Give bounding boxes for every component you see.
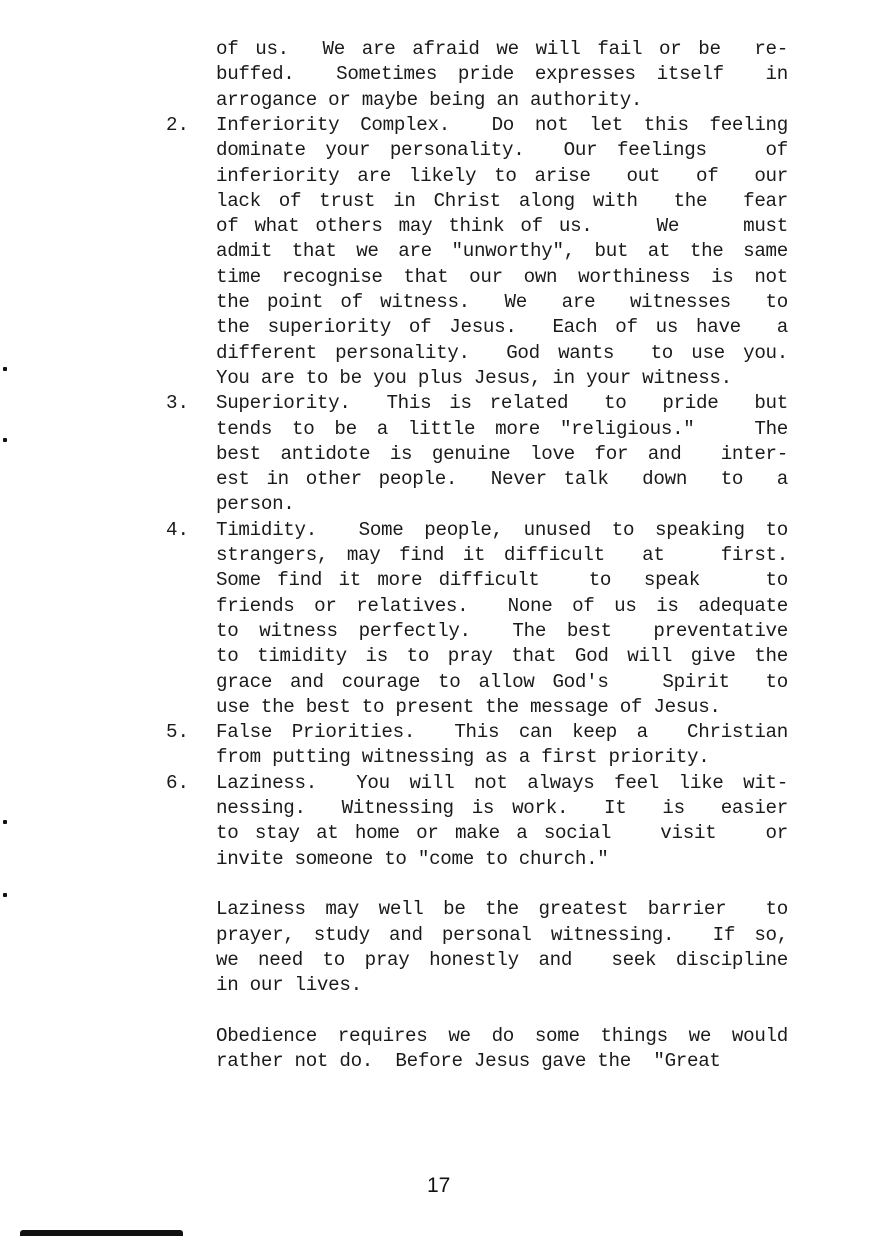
text-line: the point of witness. We are witnesses t…: [216, 290, 788, 315]
text-line: Timidity. Some people, unused to speakin…: [216, 518, 788, 543]
text-line: Some find it more difficult to speak to: [216, 568, 788, 593]
text-line: You are to be you plus Jesus, in your wi…: [216, 366, 788, 391]
text-line: of what others may think of us. We must: [216, 214, 788, 239]
text-line: False Priorities. This can keep a Christ…: [216, 720, 788, 745]
text-line: admit that we are "unworthy", but at the…: [216, 239, 788, 264]
text-line: person.: [216, 492, 788, 517]
page-number: 17: [427, 1174, 450, 1198]
text-line: time recognise that our own worthiness i…: [216, 265, 788, 290]
margin-mark: [3, 438, 7, 442]
text-line: to timidity is to pray that God will giv…: [216, 644, 788, 669]
text-line: we need to pray honestly and seek discip…: [216, 948, 788, 973]
margin-mark: [3, 367, 7, 371]
list-item-number: 3.: [166, 391, 189, 416]
list-item-number: 4.: [166, 518, 189, 543]
text-line: Superiority. This is related to pride bu…: [216, 391, 788, 416]
text-line: grace and courage to allow God's Spirit …: [216, 670, 788, 695]
text-line: Obedience requires we do some things we …: [216, 1024, 788, 1049]
text-line: inferiority are likely to arise out of o…: [216, 164, 788, 189]
list-item-number: 5.: [166, 720, 189, 745]
text-line: est in other people. Never talk down to …: [216, 467, 788, 492]
scan-edge-bar: [20, 1230, 183, 1236]
text-line: to stay at home or make a social visit o…: [216, 821, 788, 846]
text-line: Laziness may well be the greatest barrie…: [216, 897, 788, 922]
text-line: tends to be a little more "religious." T…: [216, 417, 788, 442]
text-line: the superiority of Jesus. Each of us hav…: [216, 315, 788, 340]
text-line: Laziness. You will not always feel like …: [216, 771, 788, 796]
text-line: dominate your personality. Our feelings …: [216, 138, 788, 163]
text-line: to witness perfectly. The best preventat…: [216, 619, 788, 644]
text-line: lack of trust in Christ along with the f…: [216, 189, 788, 214]
text-line: best antidote is genuine love for and in…: [216, 442, 788, 467]
text-line: friends or relatives. None of us is adeq…: [216, 594, 788, 619]
text-line: invite someone to "come to church.": [216, 847, 788, 872]
text-line: arrogance or maybe being an authority.: [216, 88, 788, 113]
list-item-number: 6.: [166, 771, 189, 796]
list-item-number: 2.: [166, 113, 189, 138]
text-line: buffed. Sometimes pride expresses itself…: [216, 62, 788, 87]
text-line: prayer, study and personal witnessing. I…: [216, 923, 788, 948]
text-line: rather not do. Before Jesus gave the "Gr…: [216, 1049, 788, 1074]
text-line: Inferiority Complex. Do not let this fee…: [216, 113, 788, 138]
text-line: use the best to present the message of J…: [216, 695, 788, 720]
text-line: strangers, may find it difficult at firs…: [216, 543, 788, 568]
margin-mark: [3, 893, 7, 897]
text-line: nessing. Witnessing is work. It is easie…: [216, 796, 788, 821]
text-line: in our lives.: [216, 973, 788, 998]
text-line: of us. We are afraid we will fail or be …: [216, 37, 788, 62]
text-line: from putting witnessing as a first prior…: [216, 745, 788, 770]
document-page: of us. We are afraid we will fail or be …: [0, 0, 872, 1239]
text-line: different personality. God wants to use …: [216, 341, 788, 366]
margin-mark: [3, 820, 7, 824]
